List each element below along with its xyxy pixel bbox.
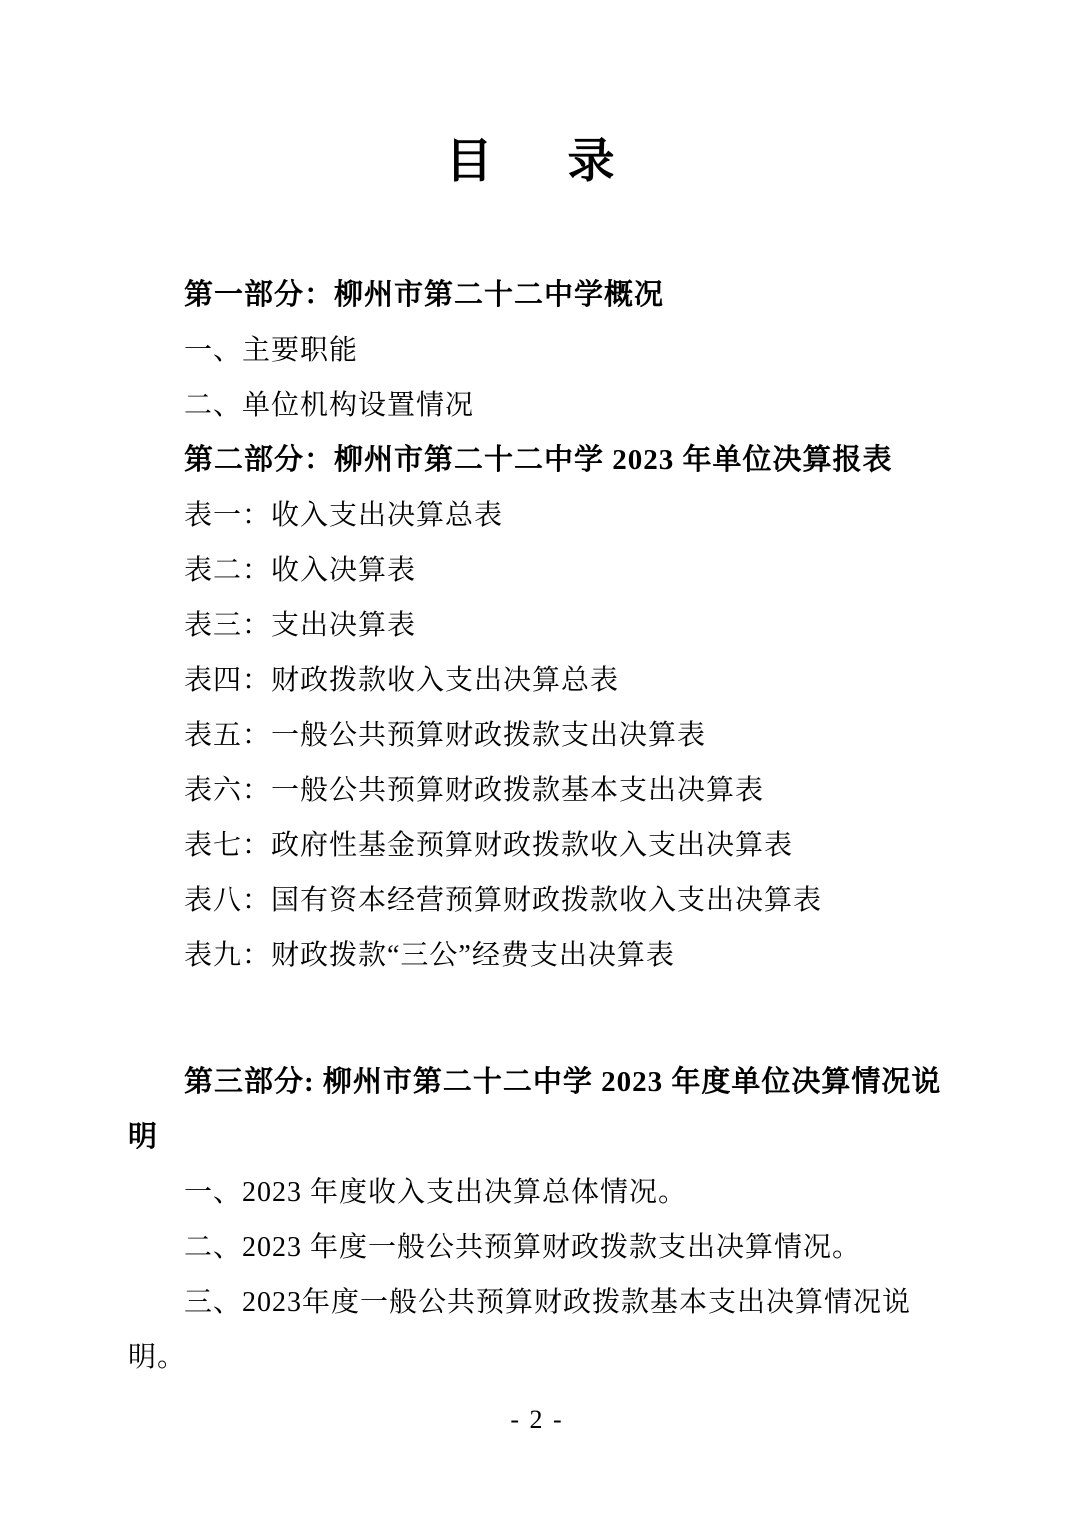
toc-item-table-1: 表一：收入支出决算总表 xyxy=(128,488,946,543)
toc-item-table-2: 表二：收入决算表 xyxy=(128,543,946,598)
toc-item-org-structure: 二、单位机构设置情况 xyxy=(128,378,946,433)
toc-item-table-3: 表三：支出决算表 xyxy=(128,598,946,653)
toc-item-table-6: 表六：一般公共预算财政拨款基本支出决算表 xyxy=(128,763,946,818)
toc-item-table-8: 表八：国有资本经营预算财政拨款收入支出决算表 xyxy=(128,873,946,928)
toc-part2-heading: 第二部分：柳州市第二十二中学 2023 年单位决算报表 xyxy=(128,433,946,488)
page-title: 目 录 xyxy=(0,132,1074,192)
toc-item-table-9: 表九：财政拨款“三公”经费支出决算表 xyxy=(128,928,946,983)
toc-note-item-2: 二、2023 年度一般公共预算财政拨款支出决算情况。 xyxy=(128,1220,946,1275)
toc-item-table-4: 表四：财政拨款收入支出决算总表 xyxy=(128,653,946,708)
toc-note-item-1: 一、2023 年度收入支出决算总体情况。 xyxy=(128,1165,946,1220)
toc-item-main-functions: 一、主要职能 xyxy=(128,323,946,378)
toc-note-item-3-line1: 三、2023年度一般公共预算财政拨款基本支出决算情况说 xyxy=(128,1275,946,1330)
page-number: - 2 - xyxy=(0,1403,1074,1437)
toc-part3-heading-line2: 明 xyxy=(128,1110,946,1165)
toc-item-table-5: 表五：一般公共预算财政拨款支出决算表 xyxy=(128,708,946,763)
toc-note-item-3-line2: 明。 xyxy=(128,1330,946,1385)
toc-part3-heading-line1: 第三部分: 柳州市第二十二中学 2023 年度单位决算情况说 xyxy=(128,1055,946,1110)
document-page: 目 录 第一部分：柳州市第二十二中学概况 一、主要职能 二、单位机构设置情况 第… xyxy=(0,0,1074,1520)
toc-part1-heading: 第一部分：柳州市第二十二中学概况 xyxy=(128,268,946,323)
table-of-contents: 第一部分：柳州市第二十二中学概况 一、主要职能 二、单位机构设置情况 第二部分：… xyxy=(128,268,946,1385)
toc-item-table-7: 表七：政府性基金预算财政拨款收入支出决算表 xyxy=(128,818,946,873)
